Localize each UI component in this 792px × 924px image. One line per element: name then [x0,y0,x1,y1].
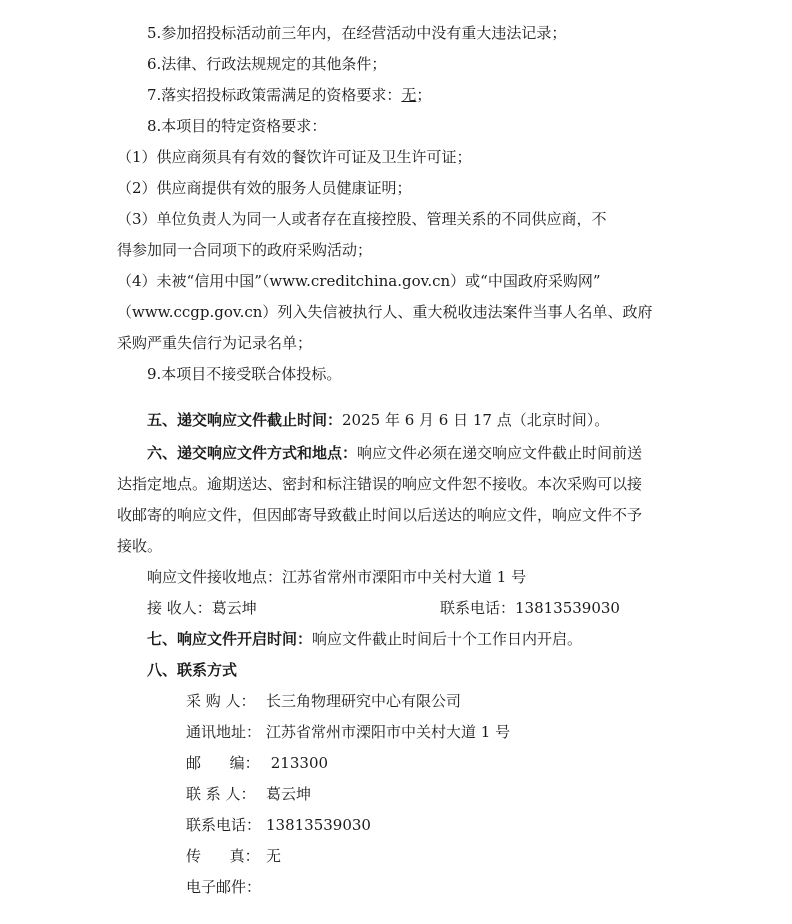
condition-6: 6.法律、行政法规规定的其他条件； [147,54,386,74]
section-7: 七、响应文件开启时间：响应文件截止时间后十个工作日内开启。 [147,629,582,649]
condition-5: 5.参加招投标活动前三年内，在经营活动中没有重大违法记录； [147,23,566,43]
specific-req-4-line1: （4）未被“信用中国”（www.creditchina.gov.cn）或“中国政… [117,271,601,291]
specific-req-3-line2: 得参加同一合同项下的政府采购活动； [117,240,372,260]
section-6-line3: 收邮寄的响应文件，但因邮寄导致截止时间以后送达的响应文件，响应文件不予 [117,505,642,525]
specific-req-4-line2: （www.ccgp.gov.cn）列入失信被执行人、重大税收违法案件当事人名单、… [117,302,652,322]
section-6-line2: 达指定地点。逾期送达、密封和标注错误的响应文件恕不接收。本次采购可以接 [117,474,642,494]
contact-phone: 联系电话：13813539030 [186,815,371,835]
contact-person: 联 系 人：葛云坤 [186,784,311,804]
contact-email: 电子邮件： [186,877,266,897]
section-6-heading: 六、递交响应文件方式和地点： [147,444,357,462]
section-8-heading: 八、联系方式 [147,660,237,680]
specific-req-3-line1: （3）单位负责人为同一人或者存在直接控股、管理关系的不同供应商，不 [117,209,607,229]
contact-postcode: 邮 编： 213300 [186,753,328,773]
condition-9: 9.本项目不接受联合体投标。 [147,364,341,384]
section-5: 五、递交响应文件截止时间：2025 年 6 月 6 日 17 点（北京时间）。 [147,410,609,430]
receiving-address: 响应文件接收地点：江苏省常州市溧阳市中关村大道 1 号 [147,567,526,587]
specific-req-2: （2）供应商提供有效的服务人员健康证明； [117,178,412,198]
section-7-heading: 七、响应文件开启时间： [147,630,312,648]
condition-7: 7.落实招投标政策需满足的资格要求：无； [147,85,431,105]
section-5-heading: 五、递交响应文件截止时间： [147,411,342,429]
section-6-line4: 接收。 [117,536,162,556]
contact-purchaser: 采 购 人：长三角物理研究中心有限公司 [186,691,461,711]
receiver-phone: 联系电话：13813539030 [440,598,620,618]
contact-fax: 传 真：无 [186,846,281,866]
specific-req-1: （1）供应商须具有有效的餐饮许可证及卫生许可证； [117,147,472,167]
contact-address: 通讯地址：江苏省常州市溧阳市中关村大道 1 号 [186,722,510,742]
specific-req-4-line3: 采购严重失信行为记录名单； [117,333,312,353]
section-6-line1: 六、递交响应文件方式和地点：响应文件必须在递交响应文件截止时间前送 [147,443,642,463]
condition-8: 8.本项目的特定资格要求： [147,116,326,136]
condition-7-value: 无 [401,86,416,104]
receiver: 接 收人：葛云坤 [147,598,257,618]
